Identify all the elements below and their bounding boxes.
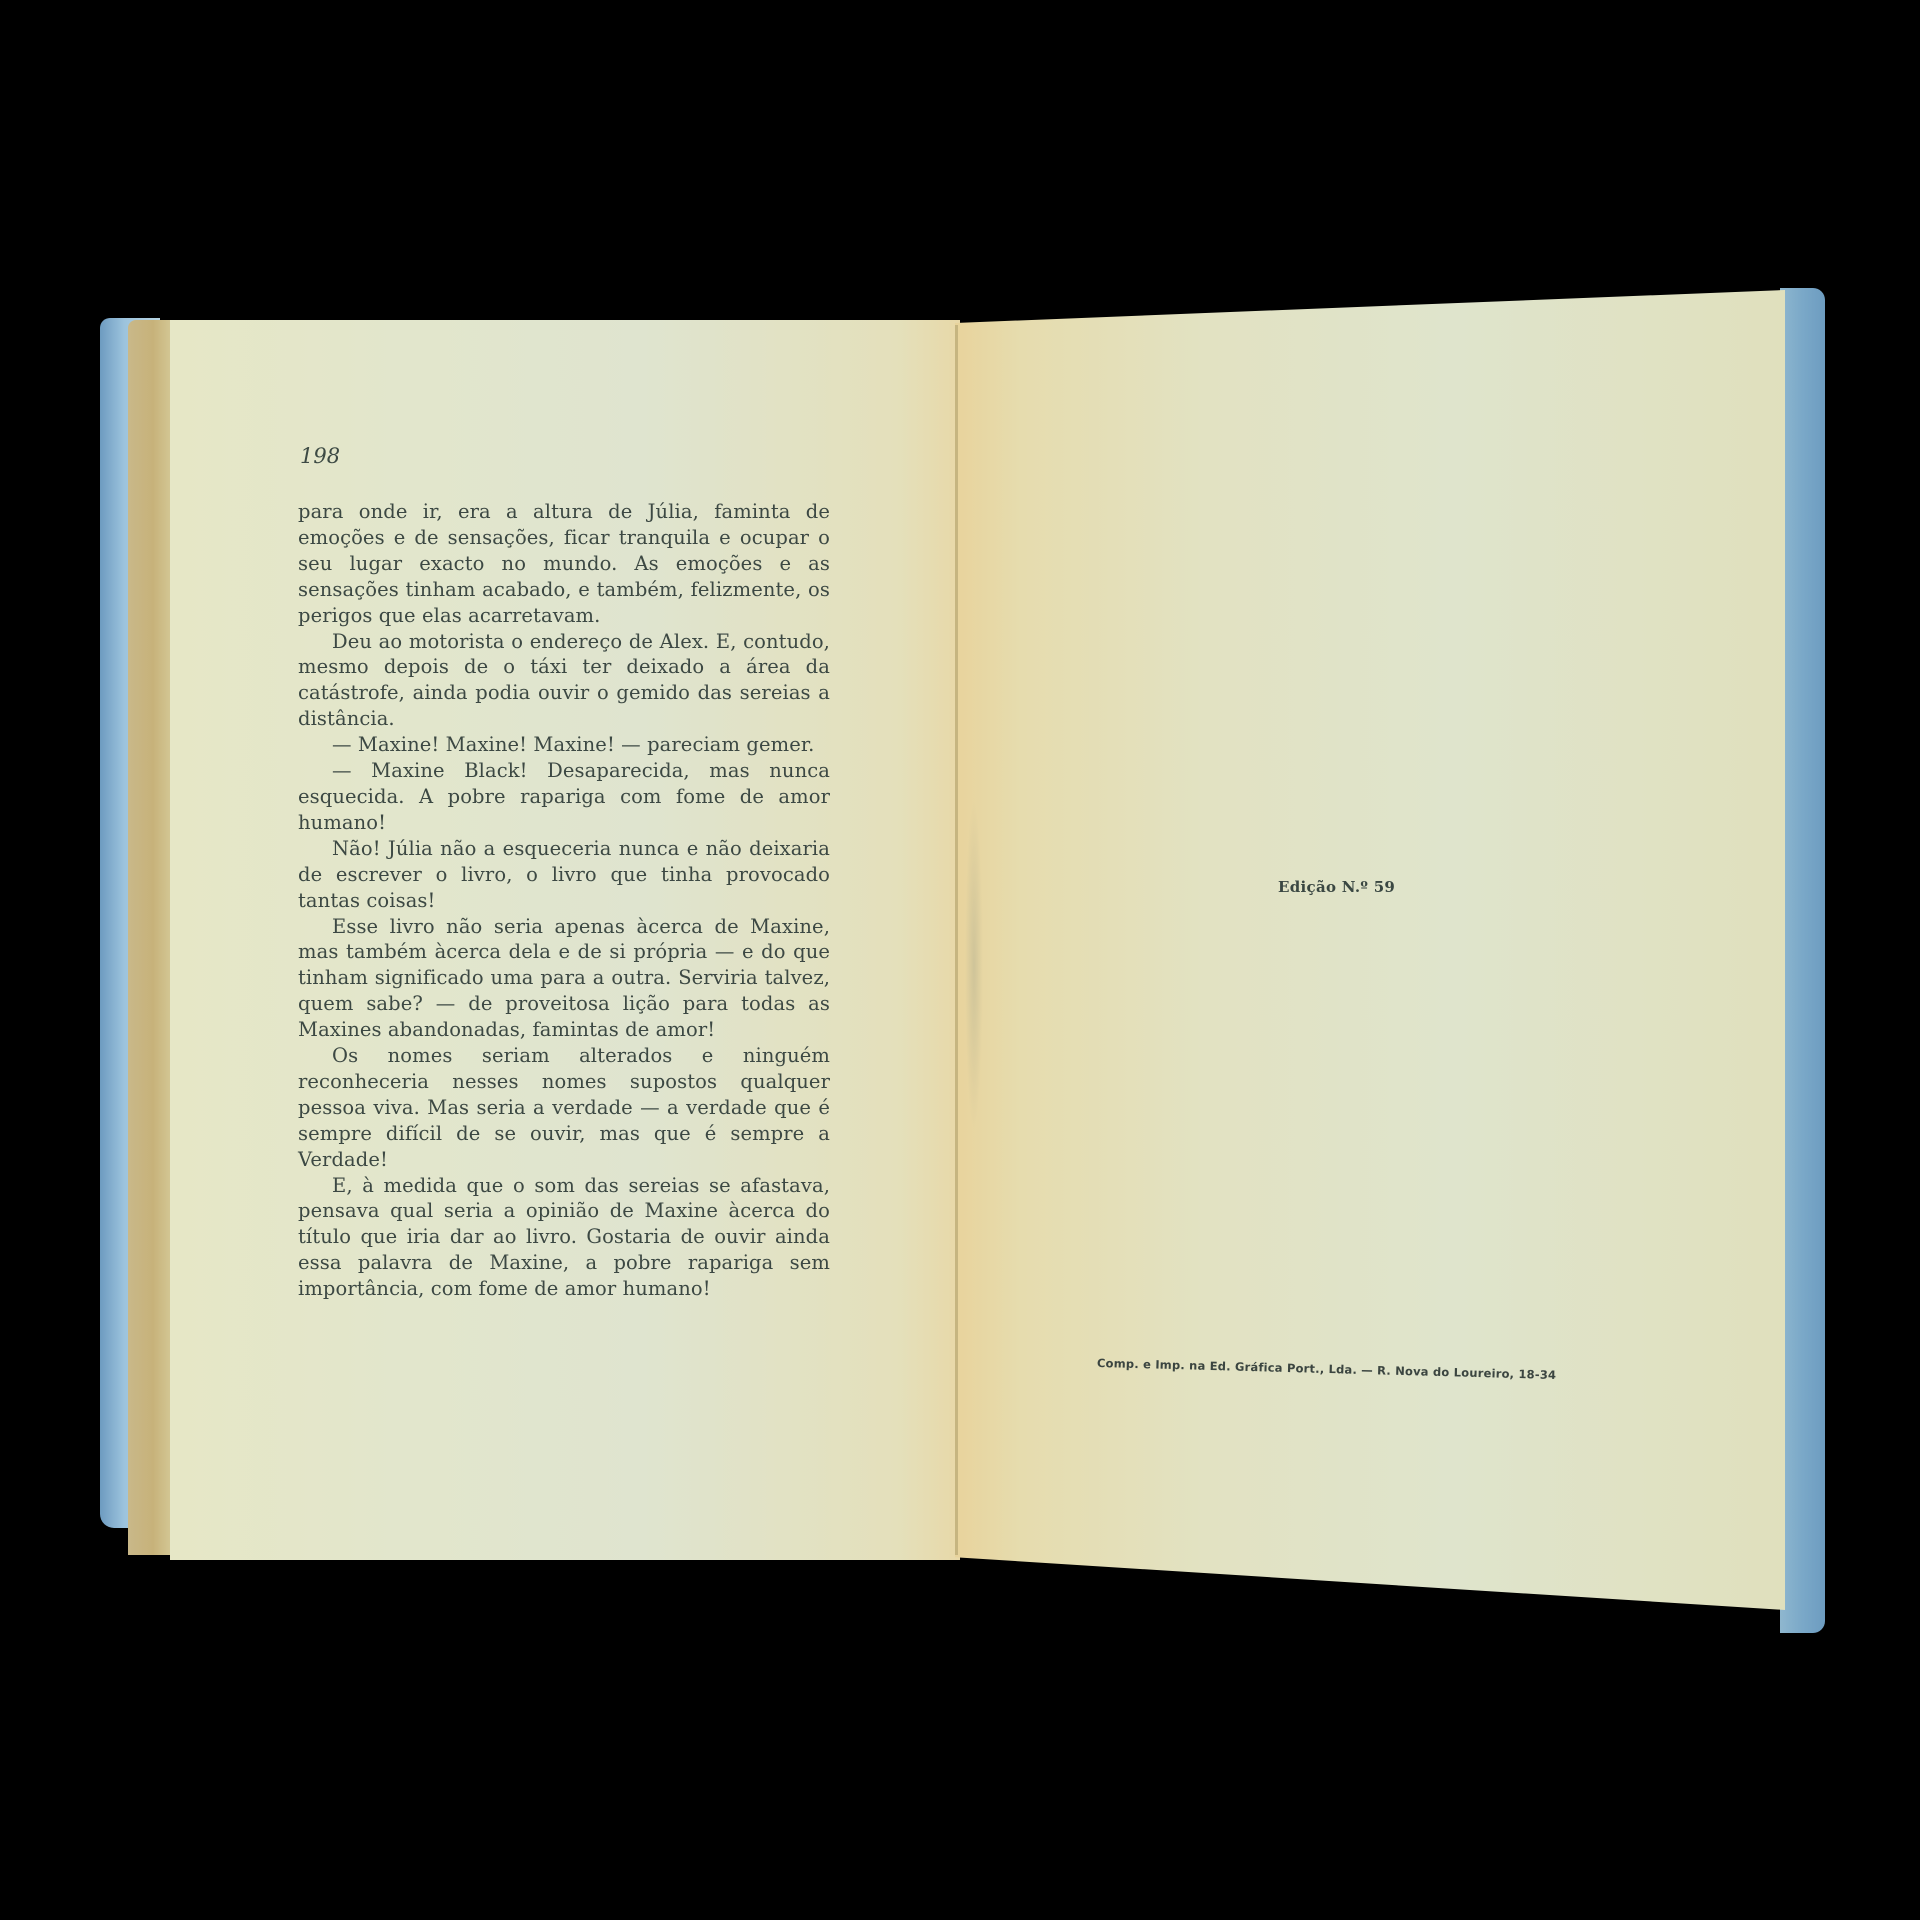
paragraph: Esse livro não seria apenas àcerca de Ma… <box>298 914 830 1044</box>
paragraph: E, à medida que o som das sereias se afa… <box>298 1173 830 1303</box>
right-page <box>955 290 1785 1610</box>
page-number: 198 <box>300 444 340 468</box>
paragraph: Os nomes seriam alterados e ninguém reco… <box>298 1043 830 1173</box>
page-crease <box>965 800 983 1130</box>
paragraph: Não! Júlia não a esqueceria nunca e não … <box>298 836 830 914</box>
book-gutter <box>955 325 958 1555</box>
open-book: 198 para onde ir, era a altura de Júlia,… <box>0 0 1920 1920</box>
body-text: para onde ir, era a altura de Júlia, fam… <box>298 499 830 1302</box>
paragraph: Deu ao motorista o endereço de Alex. E, … <box>298 629 830 733</box>
paragraph: para onde ir, era a altura de Júlia, fam… <box>298 499 830 629</box>
edition-number: Edição N.º 59 <box>1278 878 1395 896</box>
paragraph: — Maxine Black! Desaparecida, mas nunca … <box>298 758 830 836</box>
cover-edge-right <box>1780 288 1825 1633</box>
paragraph: — Maxine! Maxine! Maxine! — pareciam gem… <box>298 732 830 758</box>
